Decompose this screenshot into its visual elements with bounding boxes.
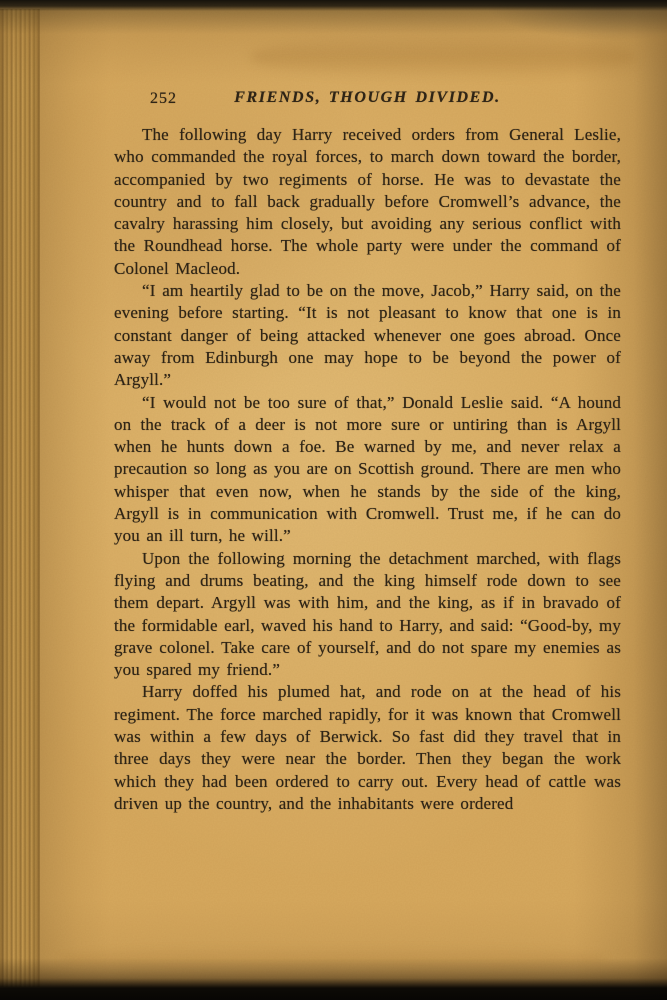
paragraph: Harry doffed his plumed hat, and rode on…: [114, 681, 621, 815]
body-text: The following day Harry received orders …: [114, 124, 621, 815]
page-content: 252 FRIENDS, THOUGH DIVIDED. The followi…: [114, 87, 621, 815]
paragraph: “I would not be too sure of that,” Donal…: [114, 392, 621, 548]
scan-smear-bottom: [60, 946, 607, 972]
page-number: 252: [150, 88, 177, 110]
paragraph: Upon the following morning the detachmen…: [114, 548, 621, 682]
corner-shadow: [427, 0, 667, 90]
page-header: 252 FRIENDS, THOUGH DIVIDED.: [114, 87, 621, 109]
paragraph: “I am heartily glad to be on the move, J…: [114, 280, 621, 391]
spine-shadow: [40, 9, 110, 987]
running-header: FRIENDS, THOUGH DIVIDED.: [114, 87, 621, 109]
scan-smear-top: [250, 36, 637, 78]
paragraph: The following day Harry received orders …: [114, 124, 621, 280]
book-leaf-edges: [0, 9, 40, 987]
scanned-book-page: 252 FRIENDS, THOUGH DIVIDED. The followi…: [0, 0, 667, 1000]
